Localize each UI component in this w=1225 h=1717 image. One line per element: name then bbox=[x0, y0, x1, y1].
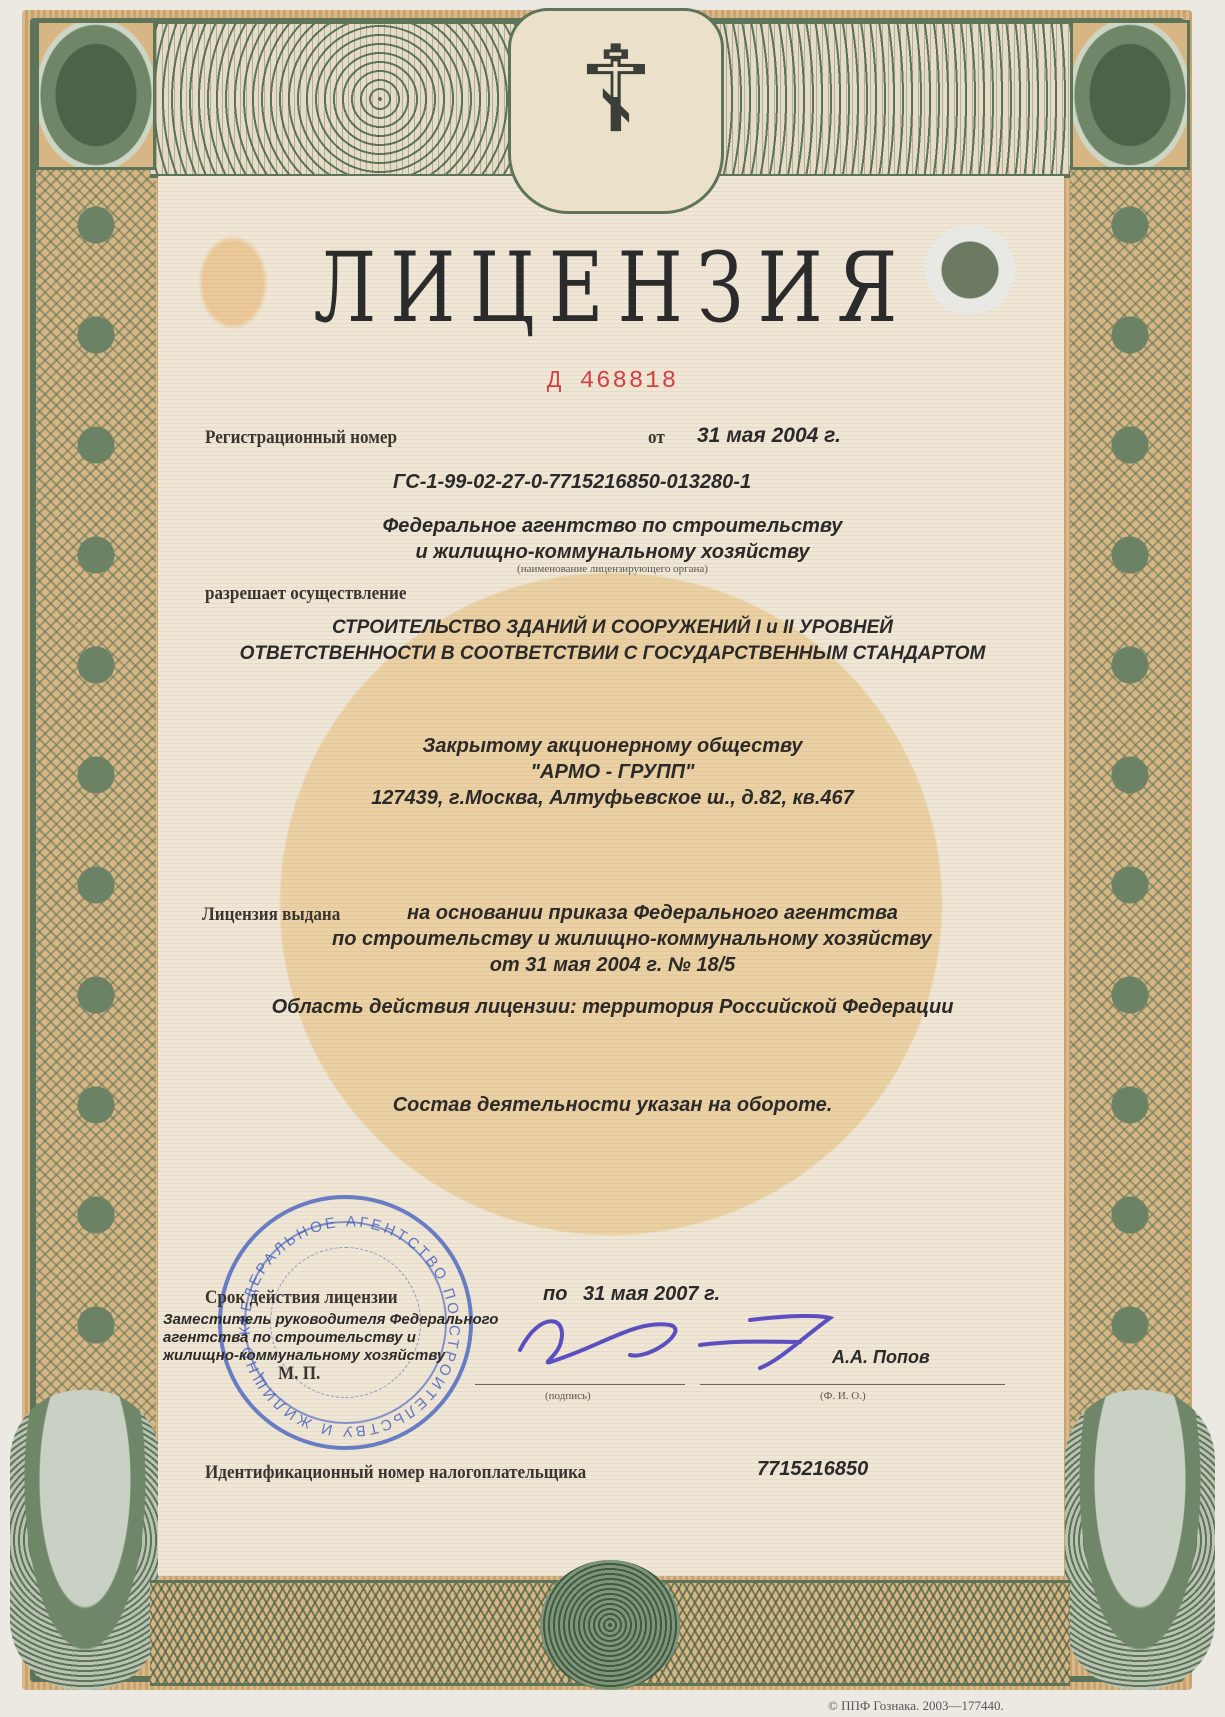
signature-caption: (подпись) bbox=[545, 1390, 591, 1402]
seal-mark: М. П. bbox=[278, 1363, 320, 1385]
right-guilloche-band bbox=[1070, 170, 1190, 1450]
licensor-line-1: Федеральное агентство по строительству bbox=[0, 515, 1225, 538]
signatory-title-line-1: Заместитель руководителя Федерального bbox=[163, 1311, 498, 1328]
signatory-title-line-2: агентства по строительству и bbox=[163, 1329, 416, 1346]
licensee-name: "АРМО - ГРУПП" bbox=[0, 761, 1225, 784]
licensor-caption: (наименование лицензирующего органа) bbox=[0, 563, 1225, 575]
signatory-title-line-3: жилищно-коммунальному хозяйству bbox=[163, 1347, 445, 1364]
left-guilloche-band bbox=[36, 170, 156, 1450]
license-document: ☦ ЛИЦЕНЗИЯ Д 468818 Регистрационный номе… bbox=[0, 0, 1225, 1717]
corner-ornament-top-left bbox=[36, 20, 156, 170]
licensee-line-1: Закрытому акционерному обществу bbox=[0, 735, 1225, 758]
corner-ornament-bottom-left bbox=[10, 1390, 160, 1690]
registration-date: 31 мая 2004 г. bbox=[697, 424, 841, 448]
double-headed-eagle-icon: ☦ bbox=[577, 31, 655, 151]
licensee-address: 127439, г.Москва, Алтуфьевское ш., д.82,… bbox=[0, 787, 1225, 810]
signature-line bbox=[475, 1384, 685, 1385]
licensor-line-2: и жилищно-коммунальному хозяйству bbox=[0, 541, 1225, 564]
tax-id-label: Идентификационный номер налогоплательщик… bbox=[205, 1462, 586, 1484]
registration-label: Регистрационный номер bbox=[205, 427, 397, 449]
name-line bbox=[700, 1384, 1005, 1385]
basis-label: Лицензия выдана bbox=[202, 904, 340, 926]
printer-note: © ППФ Гознака. 2003—177440. bbox=[828, 1698, 1004, 1714]
registration-date-prefix: от bbox=[648, 427, 665, 449]
signatory-name: А.А. Попов bbox=[832, 1347, 930, 1368]
name-caption: (Ф. И. О.) bbox=[820, 1390, 866, 1402]
signature bbox=[500, 1300, 880, 1380]
document-title: ЛИЦЕНЗИЯ bbox=[135, 232, 1091, 344]
validity-label: Срок действия лицензии bbox=[205, 1287, 398, 1309]
basis-line-3: от 31 мая 2004 г. № 18/5 bbox=[0, 954, 1225, 977]
permits-label: разрешает осуществление bbox=[205, 583, 406, 605]
bottom-rosette-icon bbox=[540, 1560, 680, 1690]
activity-line-1: СТРОИТЕЛЬСТВО ЗДАНИЙ И СООРУЖЕНИЙ I и II… bbox=[0, 617, 1225, 639]
basis-line-1: на основании приказа Федерального агентс… bbox=[407, 902, 898, 925]
basis-line-2: по строительству и жилищно-коммунальному… bbox=[332, 928, 932, 951]
license-scope: Область действия лицензии: территория Ро… bbox=[0, 996, 1225, 1019]
serial-number: Д 468818 bbox=[0, 368, 1225, 395]
registration-number: ГС-1-99-02-27-0-7715216850-013280-1 bbox=[393, 471, 751, 494]
coat-of-arms-panel: ☦ bbox=[508, 8, 724, 214]
tax-id-value: 7715216850 bbox=[757, 1458, 868, 1481]
activity-line-2: ОТВЕТСТВЕННОСТИ В СООТВЕТСТВИИ С ГОСУДАР… bbox=[0, 643, 1225, 665]
corner-ornament-bottom-right bbox=[1065, 1390, 1215, 1690]
reverse-note: Состав деятельности указан на обороте. bbox=[0, 1094, 1225, 1117]
corner-ornament-top-right bbox=[1070, 20, 1190, 170]
